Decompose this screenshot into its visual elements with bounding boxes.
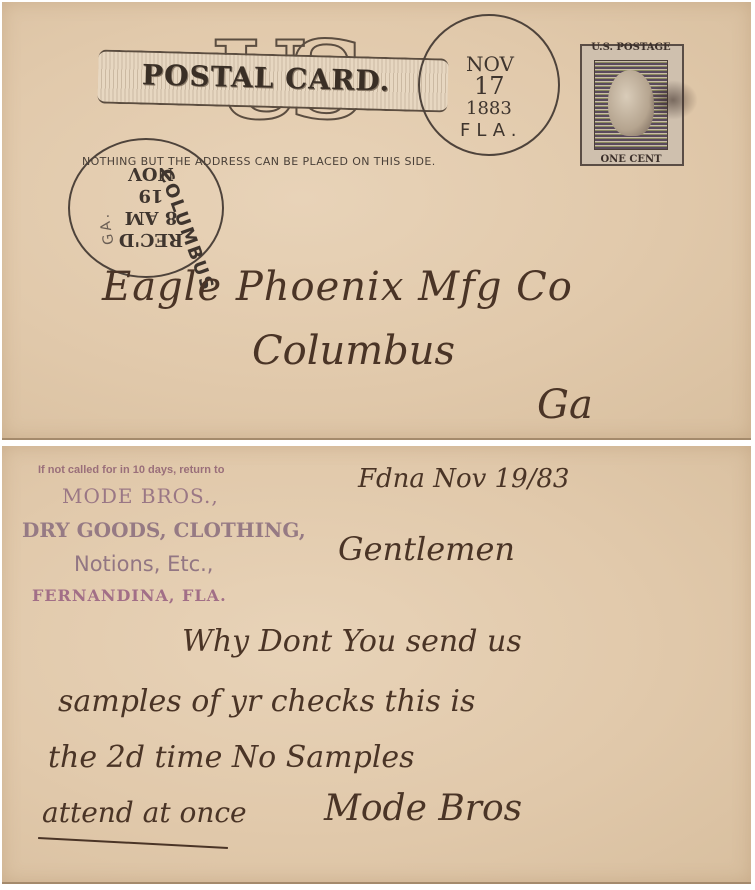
postmark-fernandina: NOV 17 1883 FLA. [418, 14, 560, 156]
message-line-3: the 2d time No Samples [48, 740, 415, 775]
postmark-day: 17 [474, 72, 505, 100]
address-line-2: Columbus [252, 328, 455, 374]
message-date: Fdna Nov 19/83 [358, 464, 569, 494]
return-business-goods: DRY GOODS, CLOTHING, [22, 518, 306, 542]
postmark-state: FLA. [460, 120, 523, 141]
postal-card-back: If not called for in 10 days, return to … [2, 446, 751, 884]
return-business-location: FERNANDINA, FLA. [32, 586, 227, 605]
message-salutation: Gentlemen [338, 530, 515, 568]
return-business-name: MODE BROS., [62, 484, 219, 508]
return-instruction: If not called for in 10 days, return to [38, 464, 224, 476]
underline-flourish [38, 837, 228, 849]
stamp-top-text: U.S. POSTAGE [582, 42, 680, 53]
postal-card-front: US POSTAL CARD. NOTHING BUT THE ADDRESS … [2, 2, 751, 440]
postmark-columbus-received: REC'D 8 AM 19 NOV COLUMBUS GA. [68, 138, 224, 278]
address-line-1: Eagle Phoenix Mfg Co [102, 264, 573, 310]
return-business-notions: Notions, Etc., [74, 552, 213, 576]
cancel-mark [648, 80, 698, 120]
one-cent-stamp: U.S. POSTAGE ONE CENT [568, 30, 692, 175]
message-signature: Mode Bros [324, 788, 522, 829]
address-line-3: Ga [537, 382, 593, 428]
stamp-bottom-text: ONE CENT [582, 154, 680, 165]
received-state: GA. [96, 210, 118, 246]
message-line-4: attend at once [42, 796, 247, 829]
postmark-year: 1883 [466, 98, 512, 119]
message-line-1: Why Dont You send us [182, 624, 522, 659]
message-line-2: samples of yr checks this is [58, 684, 475, 719]
